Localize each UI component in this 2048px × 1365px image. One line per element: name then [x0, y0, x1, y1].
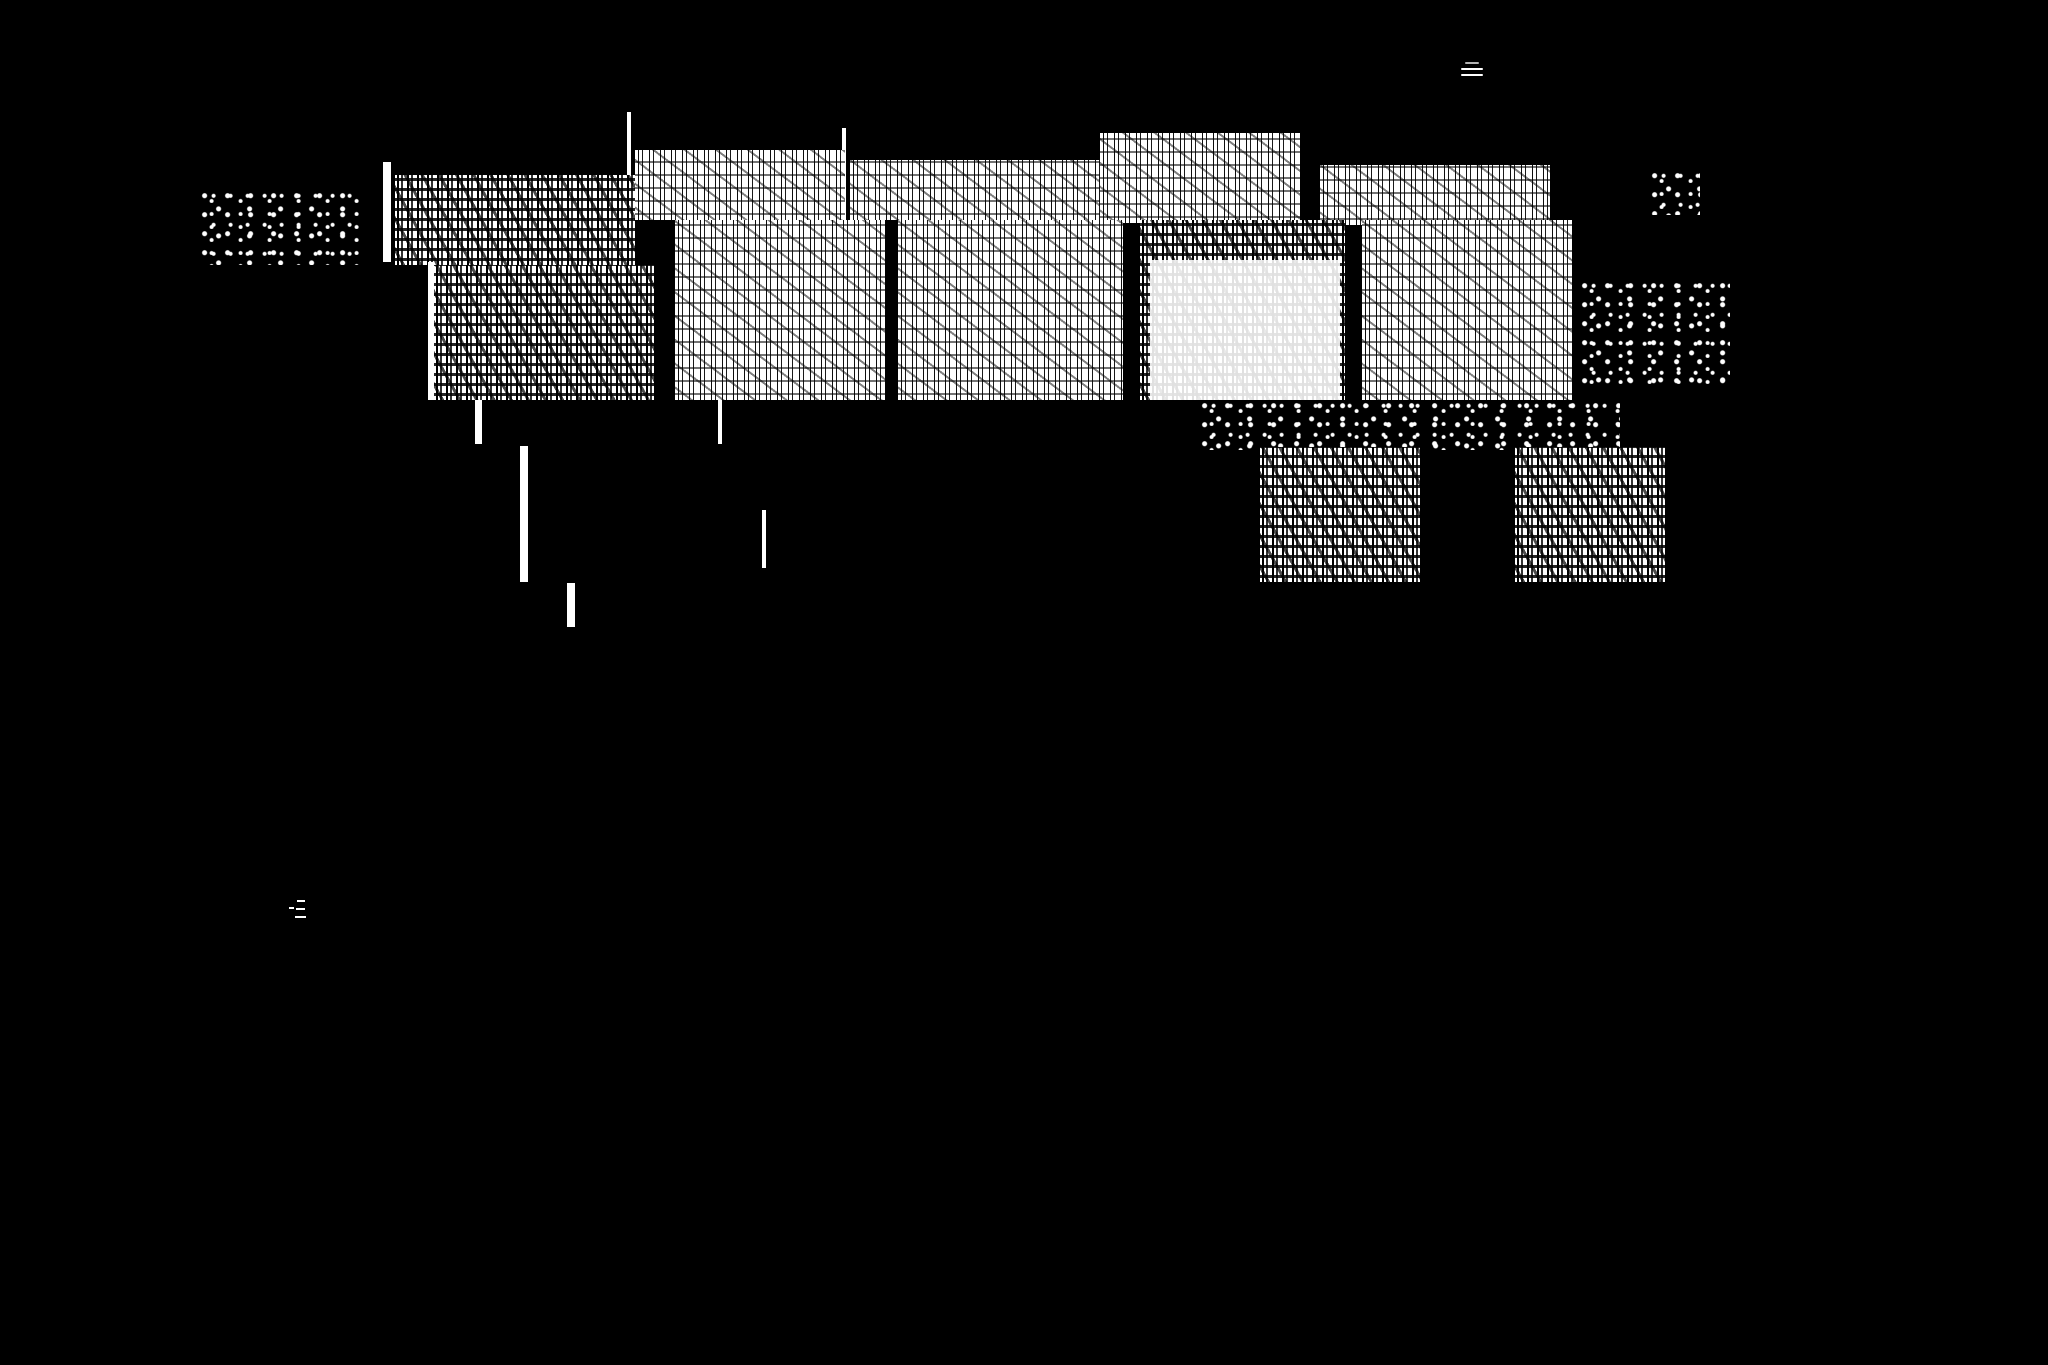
- stem: [762, 510, 766, 568]
- block-lower-2: [1515, 447, 1665, 582]
- menu-line: [1461, 68, 1483, 70]
- stem: [718, 400, 722, 444]
- column-2: [675, 220, 885, 400]
- column-6: [1362, 220, 1572, 400]
- list-menu-icon[interactable]: [289, 898, 309, 920]
- list-bullet: [289, 907, 294, 909]
- block-top-3: [850, 160, 1100, 220]
- list-line: [297, 900, 305, 902]
- list-line: [295, 916, 306, 918]
- menu-line: [1465, 62, 1479, 64]
- noise-band-lower: [1200, 400, 1620, 450]
- hamburger-menu-icon[interactable]: [1461, 62, 1483, 78]
- block-top-5: [1320, 165, 1550, 225]
- column-3: [898, 220, 1123, 400]
- block-top-4: [1100, 133, 1300, 223]
- block-top-1: [395, 175, 635, 265]
- stem: [567, 583, 575, 627]
- vertical-divider: [383, 162, 391, 262]
- screen-canvas: [0, 0, 2048, 1365]
- list-line: [296, 908, 305, 910]
- column-5-solid: [1150, 260, 1340, 400]
- noise-cluster-right: [1580, 280, 1730, 390]
- menu-line: [1461, 74, 1483, 76]
- column-1: [434, 265, 654, 400]
- block-lower-1: [1260, 447, 1420, 582]
- stem: [475, 400, 482, 444]
- noise-cluster-left: [200, 190, 360, 265]
- block-top-2: [635, 150, 845, 220]
- noise-cluster-top-right: [1650, 170, 1700, 215]
- stem: [520, 446, 528, 582]
